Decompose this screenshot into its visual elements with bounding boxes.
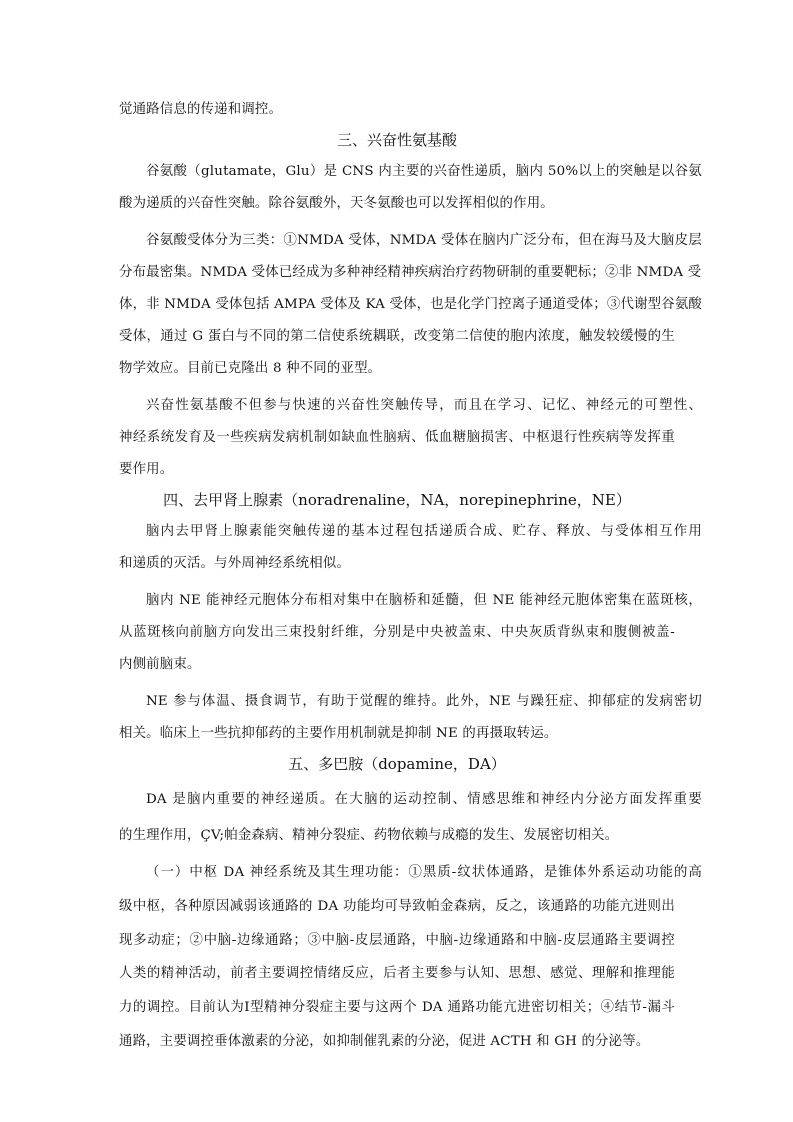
- paragraph-line: 现多动症；②中脑-边缘通路；③中脑-皮层通路，中脑-边缘通路和中脑-皮层通路主要…: [119, 931, 675, 951]
- paragraph-line: 和递质的灭活。与外周神经系统相似。: [119, 554, 675, 574]
- paragraph-line: 分布最密集。NMDA 受体已经成为多种神经精神疾病治疗药物研制的重要靶标；②非 …: [119, 263, 675, 283]
- paragraph-line: NE 参与体温、摄食调节，有助于觉醒的维持。此外，NE 与躁狂症、抑郁症的发病密…: [119, 692, 702, 712]
- paragraph-line: 要作用。: [119, 460, 675, 480]
- paragraph-line: 人类的精神活动，前者主要调控情绪反应，后者主要参与认知、思想、感觉、理解和推理能: [119, 964, 675, 984]
- paragraph-line: DA 是脑内重要的神经递质。在大脑的运动控制、情感思维和神经内分泌方面发挥重要: [119, 790, 702, 810]
- paragraph-line: 的生理作用，ÇV;帕金森病、精神分裂症、药物依赖与成瘾的发生、发展密切相关。: [119, 826, 675, 846]
- paragraph-line: 相关。临床上一些抗抑郁药的主要作用机制就是抑制 NE 的再摄取转运。: [119, 724, 675, 744]
- paragraph-line: 脑内去甲肾上腺素能突触传递的基本过程包括递质合成、贮存、释放、与受体相互作用: [119, 522, 702, 542]
- paragraph-line: 级中枢，各种原因减弱该通路的 DA 功能均可导致帕金森病，反之，该通路的功能亢进…: [119, 897, 675, 917]
- paragraph-line: 谷氨酸受体分为三类：①NMDA 受体，NMDA 受体在脑内广泛分布，但在海马及大…: [119, 231, 702, 251]
- paragraph-line: 谷氨酸（glutamate，Glu）是 CNS 内主要的兴奋性递质，脑内 50%…: [119, 162, 702, 182]
- paragraph-line: 神经系统发育及一些疾病发病机制如缺血性脑病、低血糖脑损害、中枢退行性疾病等发挥重: [119, 428, 675, 448]
- section-heading-excitatory-amino-acids: 三、兴奋性氨基酸: [119, 129, 675, 151]
- paragraph-line: 从蓝斑核向前脑方向发出三束投射纤维，分别是中央被盖束、中央灰质背纵束和腹侧被盖-: [119, 623, 675, 643]
- paragraph-line: 体，非 NMDA 受体包括 AMPA 受体及 KA 受体，也是化学门控离子通道受…: [119, 295, 675, 315]
- paragraph-line: 通路，主要调控垂体激素的分泌，如抑制催乳素的分泌，促进 ACTH 和 GH 的分…: [119, 1032, 675, 1052]
- paragraph-line: 脑内 NE 能神经元胞体分布相对集中在脑桥和延髓，但 NE 能神经元胞体密集在蓝…: [119, 591, 702, 611]
- paragraph-line: 物学效应。目前已克隆出 8 种不同的亚型。: [119, 359, 675, 379]
- paragraph-line: （一）中枢 DA 神经系统及其生理功能：①黑质-纹状体通路，是锥体外系运动功能的…: [119, 863, 702, 883]
- section-heading-norepinephrine: 四、去甲肾上腺素（noradrenaline，NA，norepinephrine…: [119, 489, 675, 511]
- paragraph-line: 酸为递质的兴奋性突触。除谷氨酸外，天冬氨酸也可以发挥相似的作用。: [119, 194, 675, 214]
- continuation-line: 觉通路信息的传递和调控。: [119, 100, 675, 120]
- section-heading-dopamine: 五、多巴胺（dopamine，DA）: [119, 753, 675, 775]
- paragraph-line: 受体，通过 G 蛋白与不同的第二信使系统耦联，改变第二信使的胞内浓度，触发较缓慢…: [119, 327, 675, 347]
- paragraph-line: 力的调控。目前认为Ⅰ型精神分裂症主要与这两个 DA 通路功能亢进密切相关；④结节…: [119, 998, 675, 1018]
- paragraph-line: 内侧前脑束。: [119, 655, 675, 675]
- paragraph-line: 兴奋性氨基酸不但参与快速的兴奋性突触传导，而且在学习、记忆、神经元的可塑性、: [119, 396, 702, 416]
